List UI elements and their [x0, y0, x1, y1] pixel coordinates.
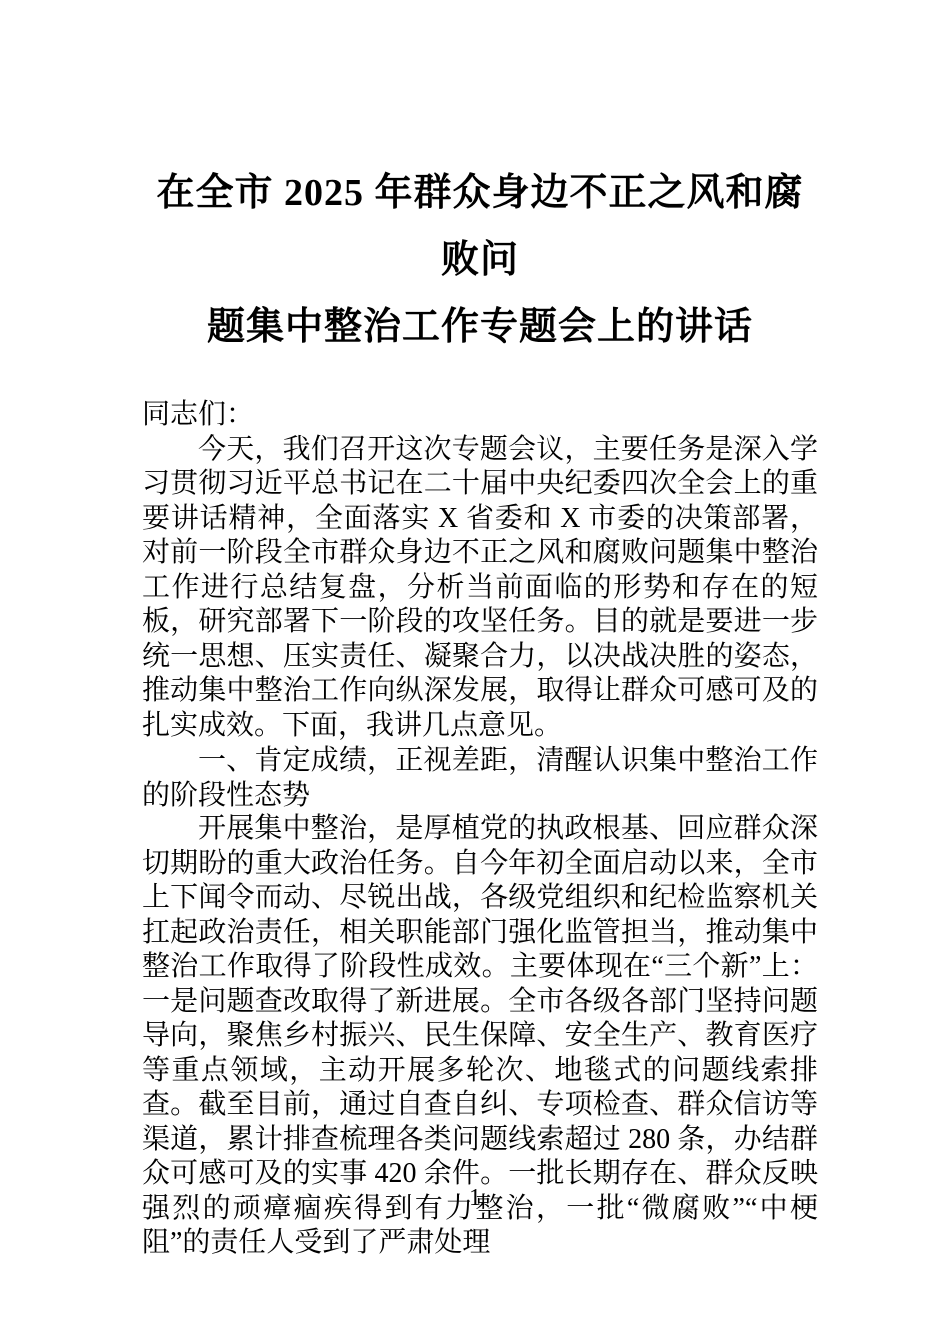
intro-paragraph: 今天，我们召开这次专题会议，主要任务是深入学习贯彻习近平总书记在二十届中央纪委四… [142, 433, 818, 744]
section-heading-1: 一、肯定成绩，正视差距，清醒认识集中整治工作的阶段性态势 [142, 743, 818, 812]
page-title: 在全市 2025 年群众身边不正之风和腐败问 题集中整治工作专题会上的讲话 [142, 160, 818, 361]
body-paragraphs: 同志们： 今天，我们召开这次专题会议，主要任务是深入学习贯彻习近平总书记在二十届… [142, 398, 818, 1261]
page-number: 1 [0, 1184, 950, 1212]
document-page: { "document": { "title_lines": [ "在全市 20… [0, 0, 950, 1344]
page-title-line-1: 在全市 2025 年群众身边不正之风和腐败问 [142, 160, 818, 294]
salutation-paragraph: 同志们： [142, 398, 818, 433]
page-title-line-2: 题集中整治工作专题会上的讲话 [142, 294, 818, 361]
page-content: 在全市 2025 年群众身边不正之风和腐败问 题集中整治工作专题会上的讲话 同志… [142, 160, 818, 1261]
